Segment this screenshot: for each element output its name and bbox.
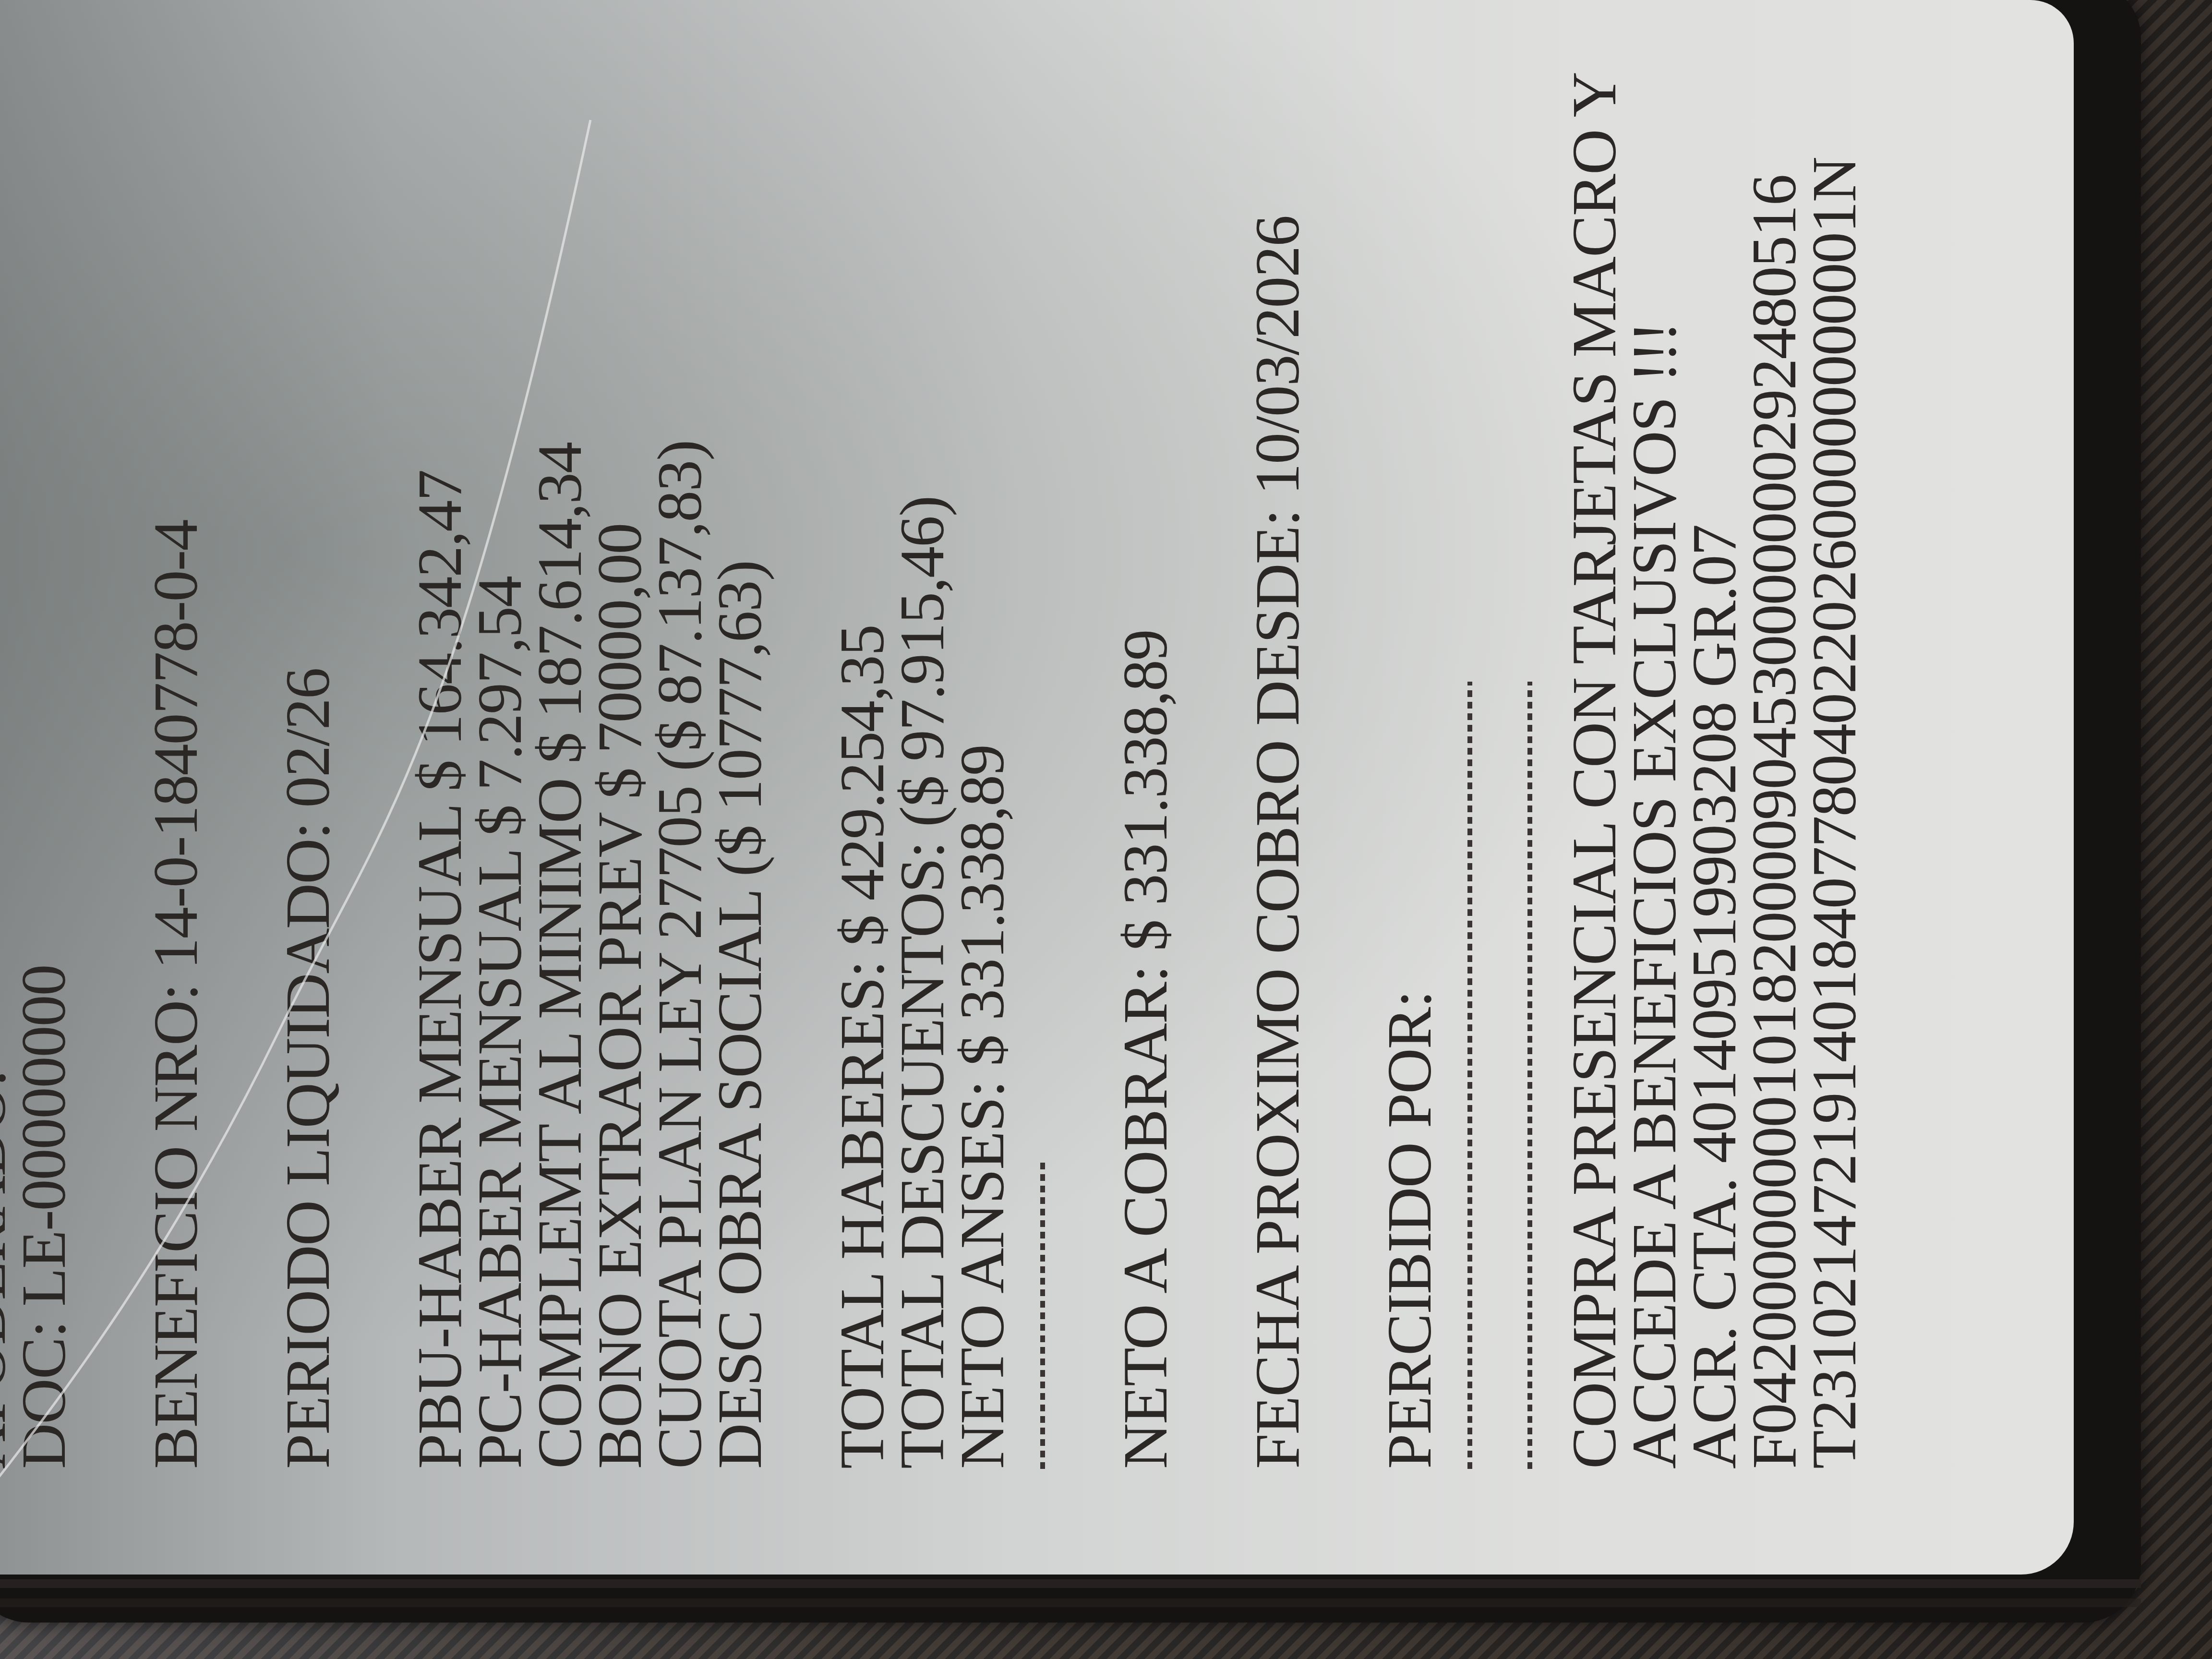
neto-a-cobrar-value: $ 331.338,89 [1110, 630, 1180, 951]
signature-line [1498, 0, 1558, 1469]
item-row: BONO EXTRAOR PREV $ 70000,00 [588, 0, 648, 1469]
separator-dashes [1010, 0, 1070, 1469]
items-list: PBU-HABER MENSUAL $ 164.342,47 PC-HABER … [408, 0, 768, 1469]
fecha-proximo-cobro-label: FECHA PROXIMO COBRO DESDE: [1242, 510, 1312, 1469]
phone-screen: APODERADO: DOC: LE-00000000 BENEFICIO NR… [0, 0, 2074, 1575]
promo-line-1: COMPRA PRESENCIAL CON TARJETAS MACRO Y [1563, 0, 1623, 1469]
beneficio-number: BENEFICIO NRO: 14-0-1840778-0-4 [144, 0, 204, 1469]
phone-device: APODERADO: DOC: LE-00000000 BENEFICIO NR… [0, 0, 2141, 1623]
neto-anses: NETO ANSES: $ 331.338,89 [950, 0, 1010, 1469]
neto-a-cobrar-label: NETO A COBRAR: [1110, 966, 1180, 1469]
doc-number: DOC: LE-00000000 [12, 0, 72, 1469]
item-row: COMPLEMT AL MINIMO $ 187.614,34 [528, 0, 588, 1469]
item-row: CUOTA PLAN LEY 27705 ($ 87.137,83) [648, 0, 708, 1469]
item-row: PBU-HABER MENSUAL $ 164.342,47 [408, 0, 468, 1469]
promo-line-2: ACCEDE A BENEFICIOS EXCLUSIVOS !!! [1623, 0, 1683, 1469]
neto-a-cobrar: NETO A COBRAR: $ 331.338,89 [1114, 0, 1174, 1469]
code-t: T231021472191401840778040220260000000000… [1803, 0, 1863, 1469]
account-credit: ACR. CTA. 4014095199032​08 GR.07 [1683, 0, 1743, 1469]
item-label: DESC OBRA SOCIAL [704, 891, 775, 1469]
fecha-proximo-cobro: FECHA PROXIMO COBRO DESDE: 10/03/2026 [1246, 0, 1306, 1469]
code-f: F042000000001018200009045300000002924805… [1743, 0, 1803, 1469]
signature-line [1438, 0, 1498, 1469]
total-descuentos: TOTAL DESCUENTOS: ($ 97.915,46) [890, 0, 950, 1469]
total-haberes: TOTAL HABERES: $ 429.254,35 [830, 0, 890, 1469]
item-row: PC-HABER MENSUAL $ 7.297,54 [468, 0, 528, 1469]
neto-anses-value: $ 331.338,89 [947, 745, 1017, 1066]
fecha-proximo-cobro-value: 10/03/2026 [1242, 216, 1312, 495]
percibido-por-label: PERCIBIDO POR: [1378, 0, 1438, 1469]
item-amount: ($ 10777,63) [704, 561, 775, 877]
phone-bezel-edge [0, 1599, 2141, 1607]
payment-receipt: APODERADO: DOC: LE-00000000 BENEFICIO NR… [0, 0, 2074, 1575]
phone-bezel-edge [0, 1579, 2141, 1588]
neto-anses-label: NETO ANSES: [947, 1081, 1017, 1469]
item-row: DESC OBRA SOCIAL ($ 10777,63) [708, 0, 768, 1469]
periodo-liquidado: PERIODO LIQUIDADO: 02/26 [276, 0, 336, 1469]
